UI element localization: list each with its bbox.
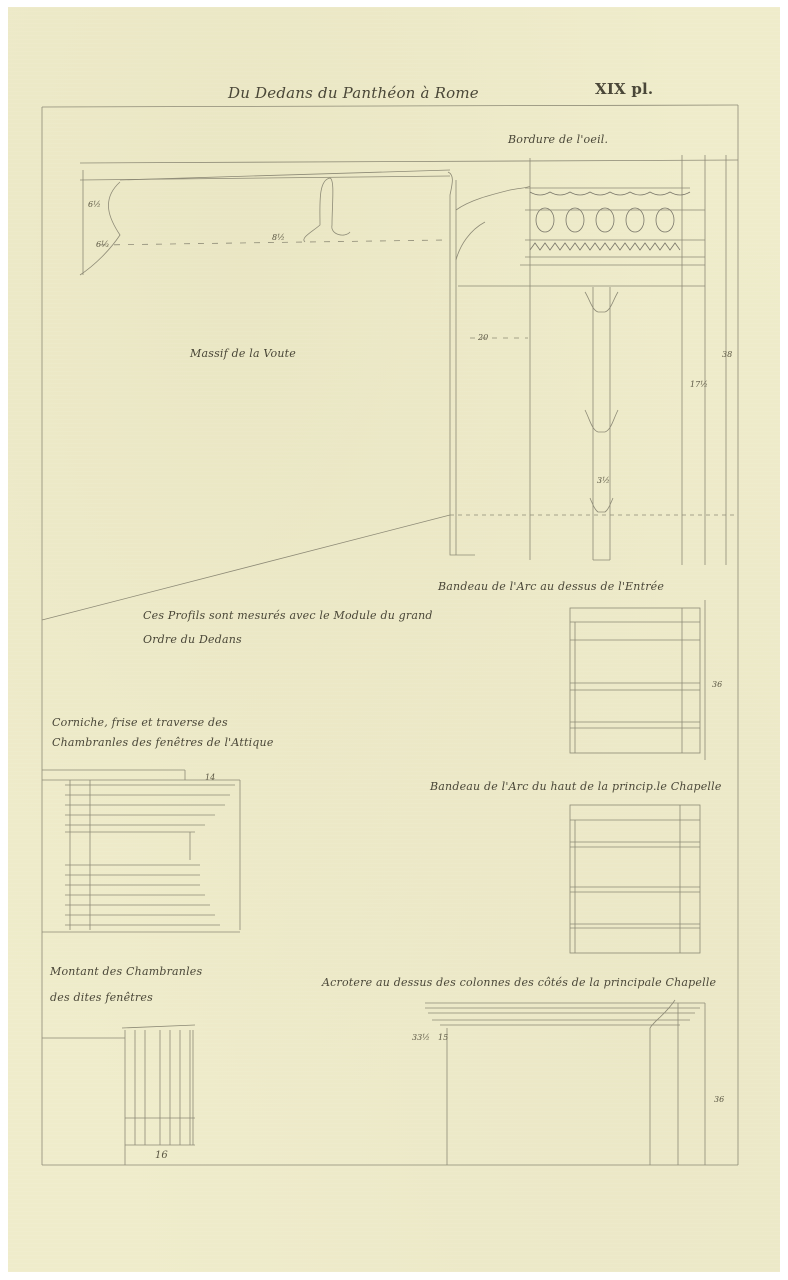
dim-lower: 3½ [597, 476, 610, 485]
dim-far-right: 38 [722, 350, 732, 359]
dim-span: 8½ [272, 233, 285, 242]
bandeau-entree-height: 36 [712, 680, 722, 689]
dim-left-mid: 6⅓ [96, 240, 109, 249]
corniche-label-line2: Chambranles des fenêtres de l'Attique [52, 733, 274, 753]
sheet-title: Du Dedans du Panthéon à Rome [228, 84, 479, 102]
montant-bottom-dim: 16 [155, 1150, 168, 1161]
acrotere-height-dim: 36 [714, 1095, 724, 1104]
plate-number: XIX pl. [595, 80, 653, 98]
dim-inner: 20 [478, 333, 488, 342]
note-line2: Ordre du Dedans [143, 630, 242, 650]
dim-vert-right: 17½ [690, 380, 708, 389]
dim-left-top: 6½ [88, 200, 101, 209]
corniche-top-dim: 14 [205, 773, 215, 782]
architectural-drawing [0, 0, 788, 1280]
bordure-label: Bordure de l'oeil. [508, 133, 608, 146]
acrotere-left-dim: 33½ [412, 1033, 430, 1042]
bandeau-chapelle-label: Bandeau de l'Arc du haut de la princip.l… [430, 780, 722, 793]
montant-label-line2: des dites fenêtres [50, 988, 153, 1008]
montant-label-line1: Montant des Chambranles [50, 962, 202, 982]
acrotere-label: Acrotere au dessus des colonnes des côté… [322, 976, 716, 989]
massif-label: Massif de la Voute [190, 347, 296, 360]
note-line1: Ces Profils sont mesurés avec le Module … [143, 606, 433, 626]
acrotere-left2-dim: 15 [438, 1033, 448, 1042]
bandeau-entree-label: Bandeau de l'Arc au dessus de l'Entrée [438, 580, 664, 593]
corniche-label-line1: Corniche, frise et traverse des [52, 713, 228, 733]
